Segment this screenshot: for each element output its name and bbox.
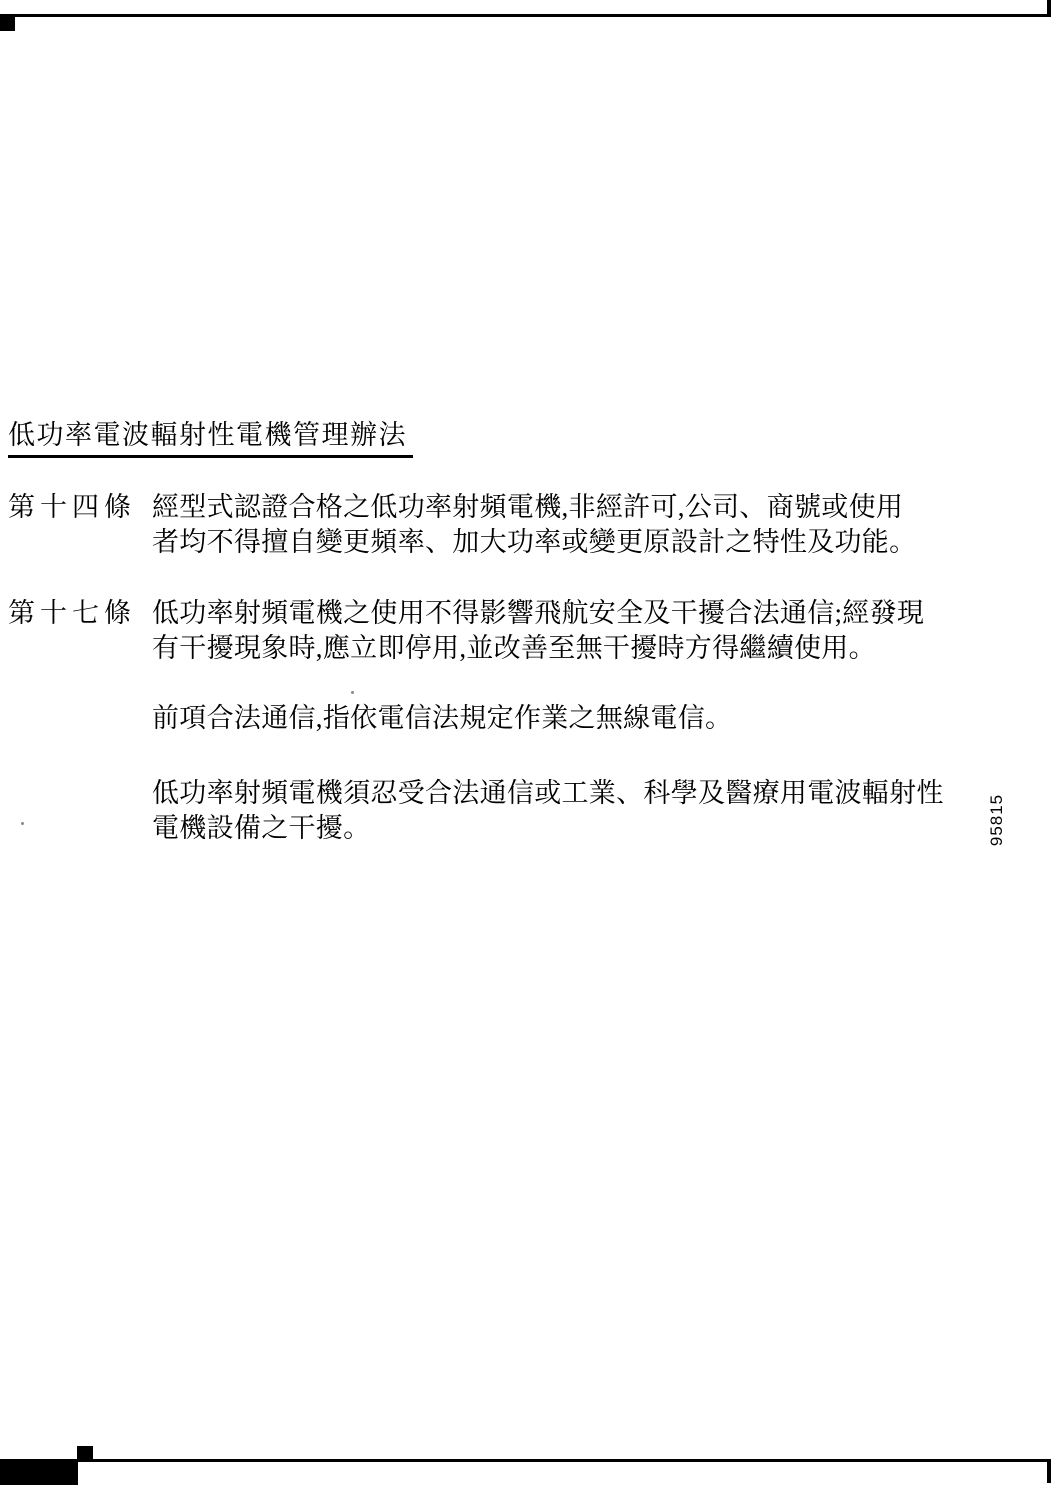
scan-speck <box>351 691 354 694</box>
article-17-body: 低功率射頻電機之使用不得影響飛航安全及干擾合法通信;經發現 有干擾現象時,應立即… <box>152 596 988 666</box>
bottom-left-registration-bar <box>0 1460 78 1485</box>
article-17-label: 第十七條 <box>8 596 152 631</box>
article-17-row: 第十七條 低功率射頻電機之使用不得影響飛航安全及干擾合法通信;經發現 有干擾現象… <box>8 596 988 666</box>
scan-speck <box>21 822 24 825</box>
top-horizontal-rule <box>0 14 1051 17</box>
bottom-small-registration-square <box>77 1446 93 1460</box>
top-right-edge-tick <box>1047 0 1051 17</box>
bottom-horizontal-rule <box>0 1459 1051 1462</box>
paragraph-interference-tolerance: 低功率射頻電機須忍受合法通信或工業、科學及醫療用電波輻射性 電機設備之干擾。 <box>152 776 988 846</box>
top-left-registration-square <box>0 17 15 31</box>
article-14-label: 第十四條 <box>8 490 152 525</box>
paragraph-legal-communications: 前項合法通信,指依電信法規定作業之無線電信。 <box>152 701 988 736</box>
article-14-row: 第十四條 經型式認證合格之低功率射頻電機,非經許可,公司、商號或使用 者均不得擅… <box>8 490 988 560</box>
rotated-figure-number: 95815 <box>987 794 1007 846</box>
document-title: 低功率電波輻射性電機管理辦法 <box>8 418 413 458</box>
document-title-text: 低功率電波輻射性電機管理辦法 <box>8 418 413 458</box>
bottom-right-edge-tick <box>1047 1461 1051 1483</box>
scanned-document-page: 低功率電波輻射性電機管理辦法 第十四條 經型式認證合格之低功率射頻電機,非經許可… <box>0 0 1051 1485</box>
article-14-body: 經型式認證合格之低功率射頻電機,非經許可,公司、商號或使用 者均不得擅自變更頻率… <box>152 490 988 560</box>
